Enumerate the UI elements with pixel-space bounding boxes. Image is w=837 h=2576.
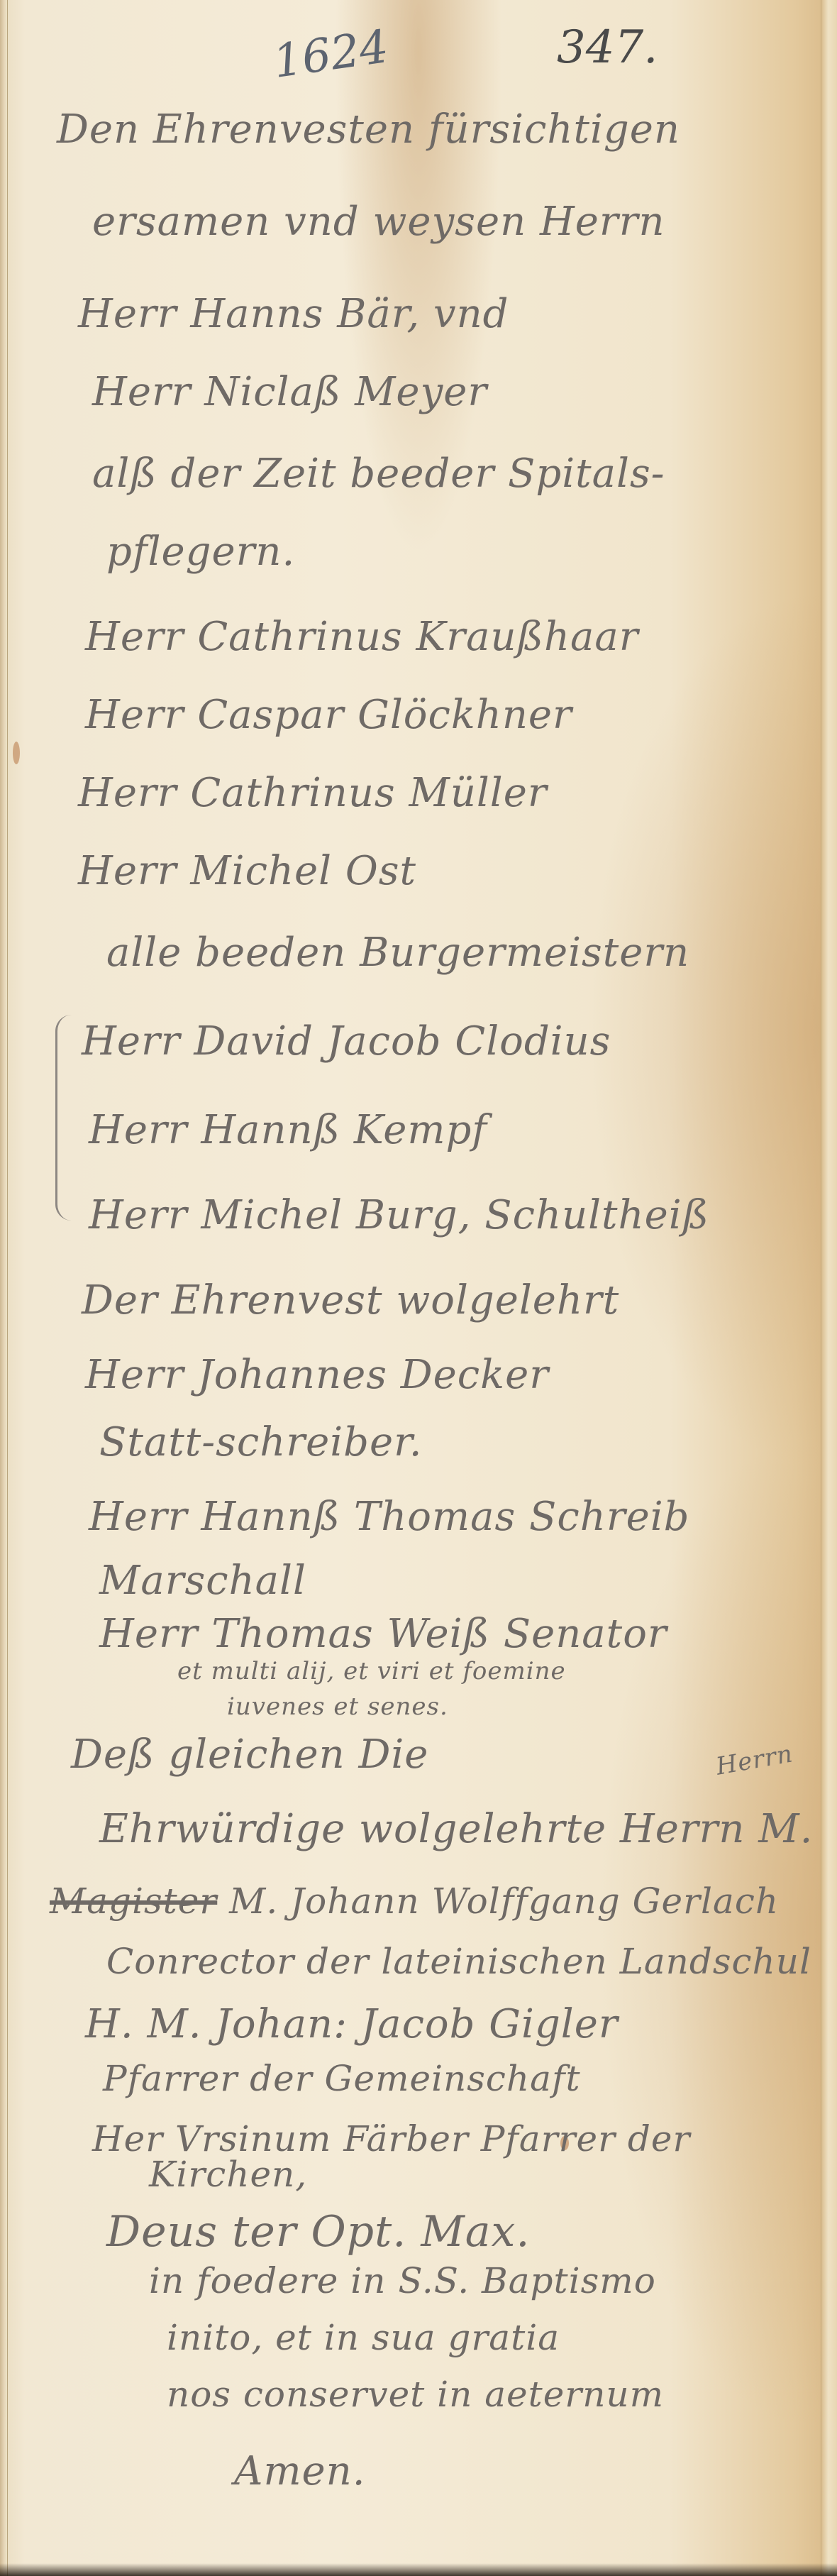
year-annotation: 1624	[270, 21, 392, 89]
page-edge-right	[821, 0, 837, 2576]
foxing-stain	[13, 742, 20, 764]
line-iuvenes: iuvenes et senes.	[227, 1692, 448, 1721]
closing-deus: Deus ter Opt. Max.	[106, 2207, 530, 2257]
line-conrector: Conrector der lateinischen Landschul	[106, 1941, 811, 1982]
line-name-schreib: Herr Hannß Thomas Schreib	[89, 1494, 690, 1540]
line-name-gerlach: Magister M. Johann Wolffgang Gerlach	[50, 1881, 779, 1922]
line-pflegern: pflegern.	[106, 529, 295, 575]
line-spital: alß der Zeit beeder Spitals-	[92, 451, 665, 497]
line-name-glockhner: Herr Caspar Glöckhner	[85, 692, 572, 738]
line-desgleichen: Deß gleichen Die	[71, 1732, 428, 1778]
closing-amen: Amen.	[234, 2448, 366, 2494]
line-name-muller: Herr Cathrinus Müller	[78, 770, 548, 816]
line-dedication-2: ersamen vnd weysen Herrn	[92, 199, 665, 245]
line-name-gerlach-text: M. Johann Wolffgang Gerlach	[229, 1881, 779, 1922]
line-multi-alij: et multi alij, et viri et foemine	[177, 1657, 566, 1685]
line-name-kempf: Herr Hannß Kempf	[89, 1107, 487, 1153]
closing-conservet: nos conservet in aeternum	[167, 2374, 664, 2415]
manuscript-page: 1624 347. Den Ehrenvesten fürsichtigen e…	[0, 0, 837, 2576]
struck-word: Magister	[50, 1881, 217, 1922]
marginal-note: Herrn	[714, 1739, 795, 1780]
line-name-clodius: Herr David Jacob Clodius	[82, 1018, 611, 1064]
line-name-decker: Herr Johannes Decker	[85, 1352, 549, 1398]
line-burgermeistern: alle beeden Burgermeistern	[106, 930, 689, 976]
binding-spine	[0, 0, 8, 2576]
line-name-gigler: H. M. Johan: Jacob Gigler	[85, 2001, 619, 2047]
line-ehrenvest: Der Ehrenvest wolgelehrt	[82, 1277, 619, 1323]
line-stattschreiber: Statt-schreiber.	[99, 1419, 423, 1465]
line-marschall: Marschall	[99, 1558, 306, 1604]
line-name-burg: Herr Michel Burg, Schultheiß	[89, 1192, 709, 1238]
line-ehrwurdige: Ehrwürdige wolgelehrte Herrn M.	[99, 1806, 813, 1852]
bracket-mark	[55, 1015, 72, 1221]
line-name-ost: Herr Michel Ost	[78, 848, 416, 894]
line-name-weiss: Herr Thomas Weiß Senator	[99, 1611, 667, 1657]
page-bottom-shadow	[0, 2563, 837, 2576]
line-kirchen: Kirchen,	[149, 2154, 307, 2195]
line-name-kraushaar: Herr Cathrinus Kraußhaar	[85, 614, 639, 660]
line-name-bar: Herr Hanns Bär, vnd	[78, 291, 509, 337]
closing-foedere: in foedere in S.S. Baptismo	[149, 2260, 656, 2301]
line-pfarrer-1: Pfarrer der Gemeinschaft	[103, 2058, 581, 2099]
closing-inito: inito, et in sua gratia	[167, 2317, 560, 2358]
line-name-meyer: Herr Niclaß Meyer	[92, 369, 487, 415]
folio-number: 347.	[557, 21, 658, 74]
line-dedication-1: Den Ehrenvesten fürsichtigen	[57, 106, 680, 153]
